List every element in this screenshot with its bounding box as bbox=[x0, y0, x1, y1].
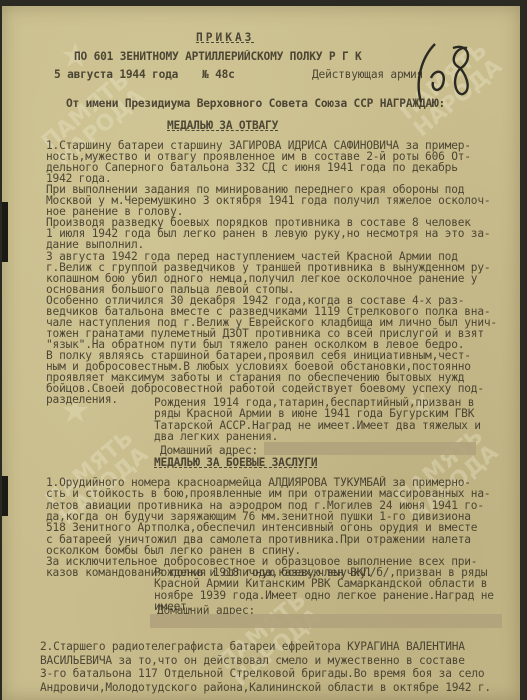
text-line: два легких ранения. bbox=[154, 430, 278, 443]
document-title: ПРИКАЗ bbox=[196, 31, 254, 44]
redacted-address bbox=[264, 442, 476, 455]
unit-line: ПО 601 ЗЕНИТНОМУ АРТИЛЛЕРИЙСКОМУ ПОЛКУ Р… bbox=[74, 50, 362, 63]
text-line: разделения. bbox=[46, 393, 118, 406]
document-page: ★ ПАМЯТЬНАРОДА ПАМЯТЬНАРОДА ★ ПАМЯТЬНАРО… bbox=[2, 6, 520, 700]
text-line: 3-го батальона 117 Отдельной Стрелковой … bbox=[40, 667, 484, 680]
page-edge-shadow bbox=[2, 202, 8, 262]
text-line: ВАСИЛЬЕВИЧА за то,что он действовал смел… bbox=[40, 654, 465, 667]
order-number: № 48с bbox=[202, 68, 235, 81]
section-heading-combat-merit: МЕДАЛЬЮ ЗА БОЕВЫЕ ЗАСЛУГИ bbox=[154, 456, 317, 469]
preamble: От имени Президиума Верховного Совета Со… bbox=[66, 97, 445, 110]
order-date: 5 августа 1944 года bbox=[54, 68, 178, 81]
text-line: Андровичи,Молодотудского района,Калининс… bbox=[40, 681, 491, 694]
redacted-address bbox=[150, 614, 502, 628]
section-heading-bravery: МЕДАЛЬЮ ЗА ОТВАГУ bbox=[167, 119, 278, 132]
page-edge-shadow bbox=[2, 476, 8, 516]
text-line: 2.Старшего радиотелеграфиста батареи ефр… bbox=[40, 640, 465, 653]
text-line: ноябре 1939 года.Имеет одно легкое ранен… bbox=[154, 589, 494, 602]
